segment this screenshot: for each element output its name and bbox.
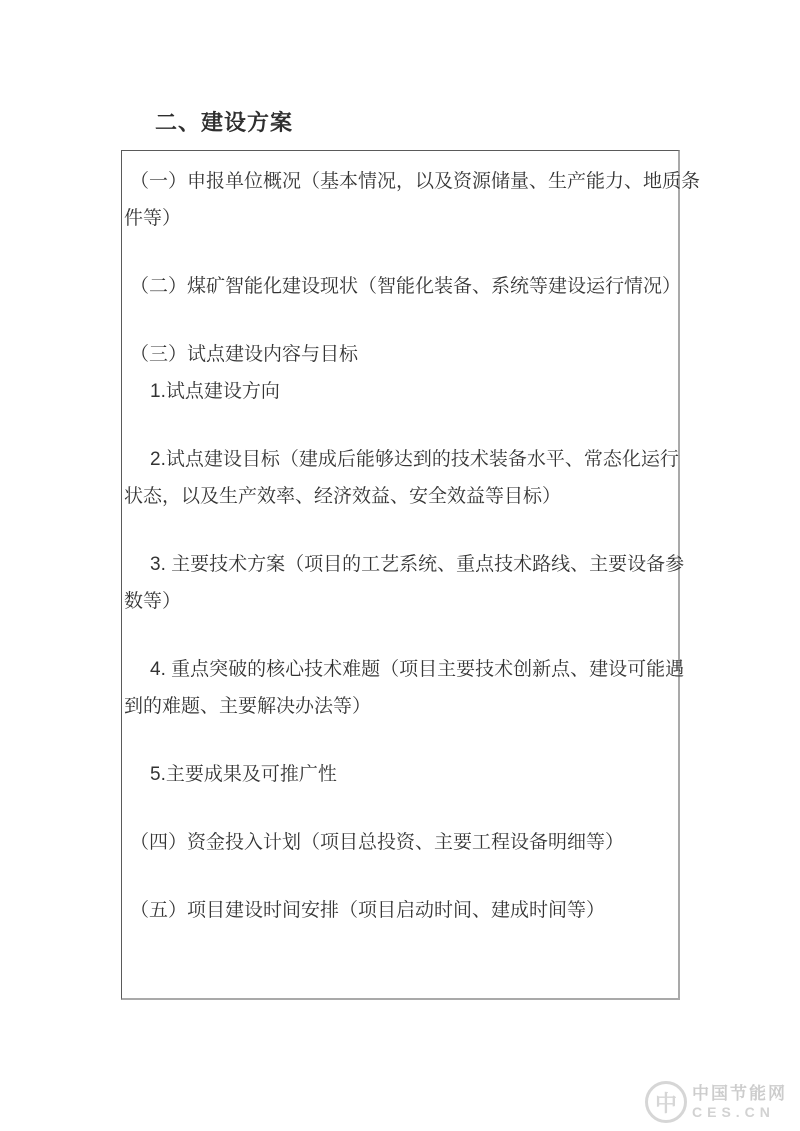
paragraph: （三）试点建设内容与目标 (123, 336, 677, 373)
text-line: （一）申报单位概况（基本情况，以及资源储量、生产能力、地质条 (123, 163, 677, 200)
text-line: 3. 主要技术方案（项目的工艺系统、重点技术路线、主要设备参 (123, 546, 677, 583)
text-line: 到的难题、主要解决办法等） (123, 688, 677, 725)
text-line: （三）试点建设内容与目标 (123, 336, 677, 373)
text-line: 状态，以及生产效率、经济效益、安全效益等目标） (123, 478, 677, 515)
text-line: 4. 重点突破的核心技术难题（项目主要技术创新点、建设可能遇 (123, 651, 677, 688)
page-title: 二、建设方案 (155, 106, 293, 137)
text-line: 数等） (123, 583, 677, 620)
paragraph: 3. 主要技术方案（项目的工艺系统、重点技术路线、主要设备参数等） (123, 546, 677, 620)
paragraph: 2.试点建设目标（建成后能够达到的技术装备水平、常态化运行状态，以及生产效率、经… (123, 441, 677, 515)
watermark-site-name: 中国节能网 (692, 1084, 787, 1103)
text-line: 2.试点建设目标（建成后能够达到的技术装备水平、常态化运行 (123, 441, 677, 478)
watermark-text: 中国节能网 CES.CN (692, 1084, 787, 1121)
text-line: （四）资金投入计划（项目总投资、主要工程设备明细等） (123, 824, 677, 861)
text-line: 1.试点建设方向 (123, 373, 677, 410)
paragraph: （四）资金投入计划（项目总投资、主要工程设备明细等） (123, 824, 677, 861)
document-page: 二、建设方案 （一）申报单位概况（基本情况，以及资源储量、生产能力、地质条件等）… (0, 0, 800, 1131)
paragraph: （五）项目建设时间安排（项目启动时间、建成时间等） (123, 892, 677, 929)
watermark-site-url: CES.CN (692, 1103, 787, 1121)
paragraph: 4. 重点突破的核心技术难题（项目主要技术创新点、建设可能遇到的难题、主要解决办… (123, 651, 677, 725)
text-line: 5.主要成果及可推广性 (123, 756, 677, 793)
paragraph: 5.主要成果及可推广性 (123, 756, 677, 793)
paragraph: 1.试点建设方向 (123, 373, 677, 410)
watermark: 中 中国节能网 CES.CN (645, 1081, 787, 1123)
text-line: （二）煤矿智能化建设现状（智能化装备、系统等建设运行情况） (123, 268, 677, 305)
content-box: （一）申报单位概况（基本情况，以及资源储量、生产能力、地质条件等）（二）煤矿智能… (121, 150, 680, 1000)
paragraph: （一）申报单位概况（基本情况，以及资源储量、生产能力、地质条件等） (123, 163, 677, 237)
paragraph: （二）煤矿智能化建设现状（智能化装备、系统等建设运行情况） (123, 268, 677, 305)
text-line: （五）项目建设时间安排（项目启动时间、建成时间等） (123, 892, 677, 929)
watermark-logo-icon: 中 (645, 1081, 687, 1123)
watermark-logo-glyph: 中 (655, 1087, 677, 1118)
text-line: 件等） (123, 200, 677, 237)
